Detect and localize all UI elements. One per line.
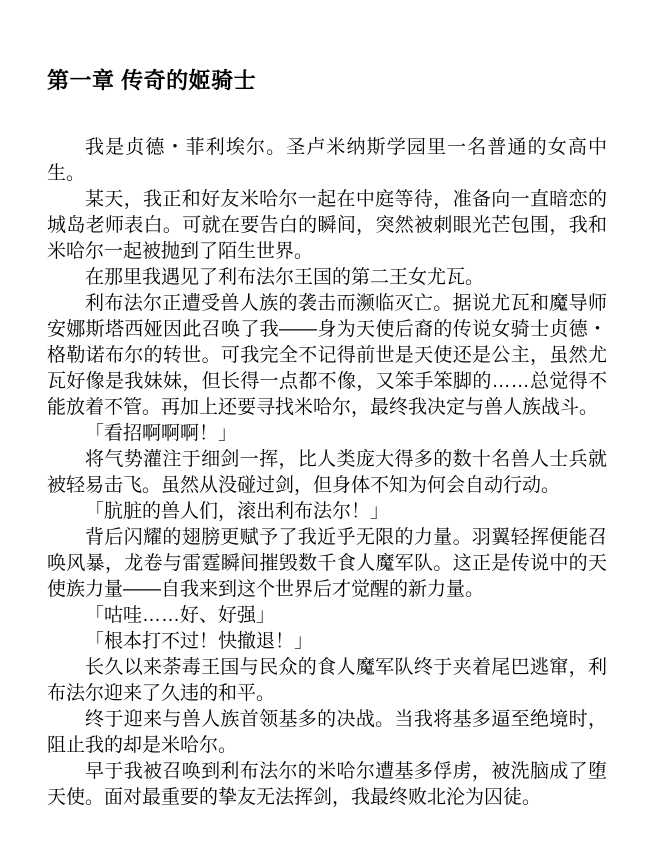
paragraph: 「看招啊啊啊！」 xyxy=(47,421,607,447)
paragraph: 某天，我正和好友米哈尔一起在中庭等待，准备向一直暗恋的城岛老师表白。可就在要告白… xyxy=(47,187,607,265)
paragraph: 将气势灌注于细剑一挥，比人类庞大得多的数十名兽人士兵就被轻易击飞。虽然从没碰过剑… xyxy=(47,447,607,499)
paragraph: 背后闪耀的翅膀更赋予了我近乎无限的力量。羽翼轻挥便能召唤风暴，龙卷与雷霆瞬间摧毁… xyxy=(47,525,607,603)
paragraph: 长久以来荼毒王国与民众的食人魔军队终于夹着尾巴逃窜，利布法尔迎来了久违的和平。 xyxy=(47,655,607,707)
chapter-title: 第一章 传奇的姬骑士 xyxy=(47,70,607,92)
paragraph: 终于迎来与兽人族首领基多的决战。当我将基多逼至绝境时，阻止我的却是米哈尔。 xyxy=(47,707,607,759)
paragraph: 「咕哇……好、好强」 xyxy=(47,603,607,629)
paragraph: 利布法尔正遭受兽人族的袭击而濒临灭亡。据说尤瓦和魔导师安娜斯塔西娅因此召唤了我—… xyxy=(47,291,607,421)
paragraph: 早于我被召唤到利布法尔的米哈尔遭基多俘虏，被洗脑成了堕天使。面对最重要的挚友无法… xyxy=(47,759,607,811)
body-text: 我是贞德・菲利埃尔。圣卢米纳斯学园里一名普通的女高中生。 某天，我正和好友米哈尔… xyxy=(47,135,607,811)
paragraph: 「根本打不过！快撤退！」 xyxy=(47,629,607,655)
document-page: 第一章 传奇的姬骑士 我是贞德・菲利埃尔。圣卢米纳斯学园里一名普通的女高中生。 … xyxy=(0,0,650,850)
paragraph: 在那里我遇见了利布法尔王国的第二王女尤瓦。 xyxy=(47,265,607,291)
paragraph: 「肮脏的兽人们，滚出利布法尔！」 xyxy=(47,499,607,525)
paragraph: 我是贞德・菲利埃尔。圣卢米纳斯学园里一名普通的女高中生。 xyxy=(47,135,607,187)
